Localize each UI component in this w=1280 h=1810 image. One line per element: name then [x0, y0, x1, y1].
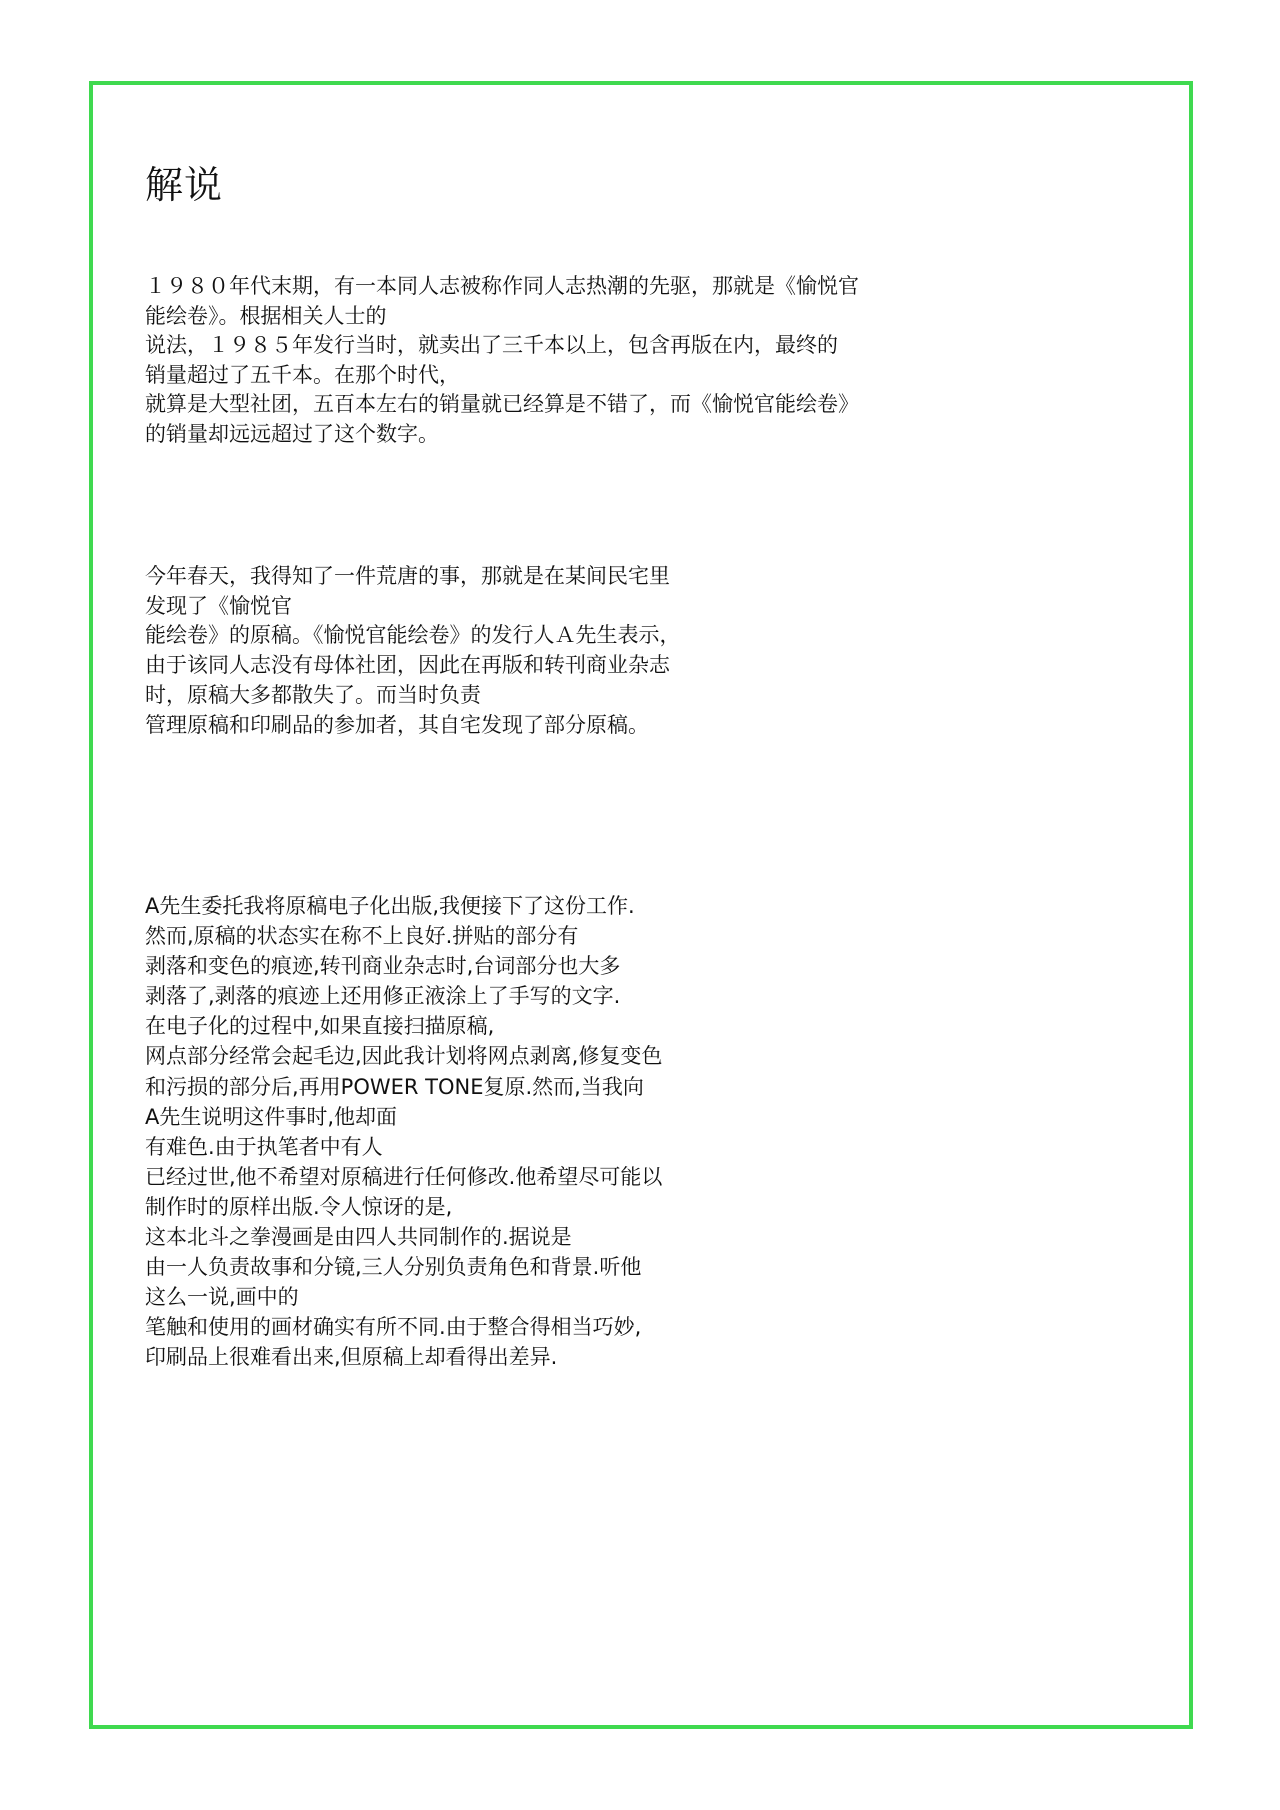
text-line: 印刷品上很难看出来,但原稿上却看得出差异.: [145, 1342, 662, 1372]
text-line: 剥落了,剥落的痕迹上还用修正液涂上了手写的文字.: [145, 981, 662, 1011]
text-line: 的销量却远远超过了这个数字。: [145, 420, 859, 450]
text-line: 这么一说,画中的: [145, 1282, 662, 1312]
text-line: 今年春天，我得知了一件荒唐的事，那就是在某间民宅里: [145, 562, 681, 592]
text-line: 管理原稿和印刷品的参加者，其自宅发现了部分原稿。: [145, 711, 681, 741]
text-line: 由于该同人志没有母体社团，因此在再版和转刊商业杂志: [145, 651, 681, 681]
text-line: 时，原稿大多都散失了。而当时负责: [145, 681, 681, 711]
text-line: 制作时的原样出版.令人惊讶的是,: [145, 1192, 662, 1222]
text-line: 已经过世,他不希望对原稿进行任何修改.他希望尽可能以: [145, 1162, 662, 1192]
text-line: 然而,原稿的状态实在称不上良好.拼贴的部分有: [145, 921, 662, 951]
text-line: 发现了《愉悦官: [145, 592, 681, 622]
page-title: 解说: [145, 160, 223, 210]
paragraph-1: １９８０年代末期，有一本同人志被称作同人志热潮的先驱，那就是《愉悦官 能绘卷》。…: [145, 272, 859, 450]
text-line: 有难色.由于执笔者中有人: [145, 1132, 662, 1162]
text-line: 网点部分经常会起毛边,因此我计划将网点剥离,修复变色: [145, 1041, 662, 1071]
text-line: 能绘卷》。根据相关人士的: [145, 302, 859, 332]
text-line: 销量超过了五千本。在那个时代，: [145, 361, 859, 391]
text-line: 说法，１９８５年发行当时，就卖出了三千本以上，包含再版在内，最终的: [145, 331, 859, 361]
text-line: 由一人负责故事和分镜,三人分别负责角色和背景.听他: [145, 1252, 662, 1282]
paragraph-3: A先生委托我将原稿电子化出版,我便接下了这份工作. 然而,原稿的状态实在称不上良…: [145, 891, 662, 1373]
text-line: 笔触和使用的画材确实有所不同.由于整合得相当巧妙,: [145, 1312, 662, 1342]
text-line: A先生委托我将原稿电子化出版,我便接下了这份工作.: [145, 891, 662, 921]
text-line: 在电子化的过程中,如果直接扫描原稿,: [145, 1011, 662, 1041]
text-line: １９８０年代末期，有一本同人志被称作同人志热潮的先驱，那就是《愉悦官: [145, 272, 859, 302]
text-line: 剥落和变色的痕迹,转刊商业杂志时,台词部分也大多: [145, 951, 662, 981]
text-line: 这本北斗之拳漫画是由四人共同制作的.据说是: [145, 1222, 662, 1252]
text-line: 就算是大型社团，五百本左右的销量就已经算是不错了，而《愉悦官能绘卷》: [145, 390, 859, 420]
text-line: A先生说明这件事时,他却面: [145, 1102, 662, 1132]
text-line: 能绘卷》的原稿。《愉悦官能绘卷》的发行人Ａ先生表示，: [145, 621, 681, 651]
paragraph-2: 今年春天，我得知了一件荒唐的事，那就是在某间民宅里 发现了《愉悦官 能绘卷》的原…: [145, 562, 681, 740]
text-line: 和污损的部分后,再用POWER TONE复原.然而,当我向: [145, 1072, 662, 1102]
